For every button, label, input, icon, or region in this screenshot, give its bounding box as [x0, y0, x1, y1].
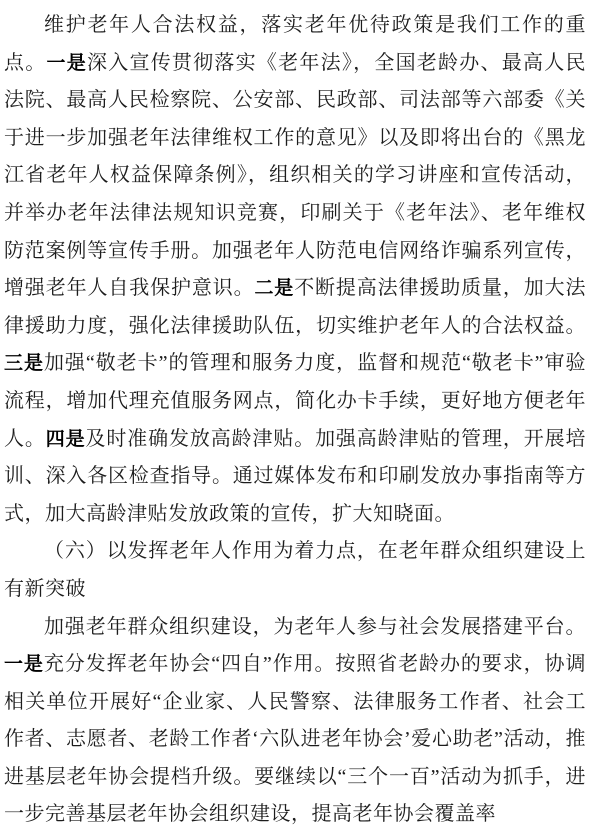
text-run: 充分发挥老年协会“四自”作用。按照省老龄办的要求，协调相关单位开展好“企业家、人…	[4, 653, 586, 825]
text-run: 深入宣传贯彻落实《老年法》，全国老龄办、最高人民法院、最高人民检察院、公安部、民…	[4, 52, 586, 300]
bold-marker-run: 三是	[4, 353, 44, 374]
bold-marker-run: 一是	[4, 654, 44, 675]
document-page: 维护老年人合法权益，落实老年优待政策是我们工作的重点。一是深入宣传贯彻落实《老年…	[0, 0, 590, 829]
bold-marker-run: 二是	[254, 278, 294, 299]
document-body: 维护老年人合法权益，落实老年优待政策是我们工作的重点。一是深入宣传贯彻落实《老年…	[4, 7, 586, 829]
text-run: 及时准确发放高龄津贴。加强高龄津贴的管理，开展培训、深入各区检查指导。通过媒体发…	[4, 428, 586, 525]
bold-marker-run: 一是	[46, 53, 86, 74]
heading-section-six: （六）以发挥老年人作用为着力点，在老年群众组织建设上有新突破	[4, 533, 586, 608]
paragraph-elderly-rights-work: 维护老年人合法权益，落实老年优待政策是我们工作的重点。一是深入宣传贯彻落实《老年…	[4, 7, 586, 533]
paragraph-senior-organization-building: 加强老年群众组织建设，为老年人参与社会发展搭建平台。一是充分发挥老年协会“四自”…	[4, 609, 586, 829]
bold-marker-run: 四是	[46, 429, 86, 450]
text-run: 加强老年群众组织建设，为老年人参与社会发展搭建平台。	[44, 616, 586, 638]
text-run: （六）以发挥老年人作用为着力点，在老年群众组织建设上有新突破	[4, 540, 586, 600]
